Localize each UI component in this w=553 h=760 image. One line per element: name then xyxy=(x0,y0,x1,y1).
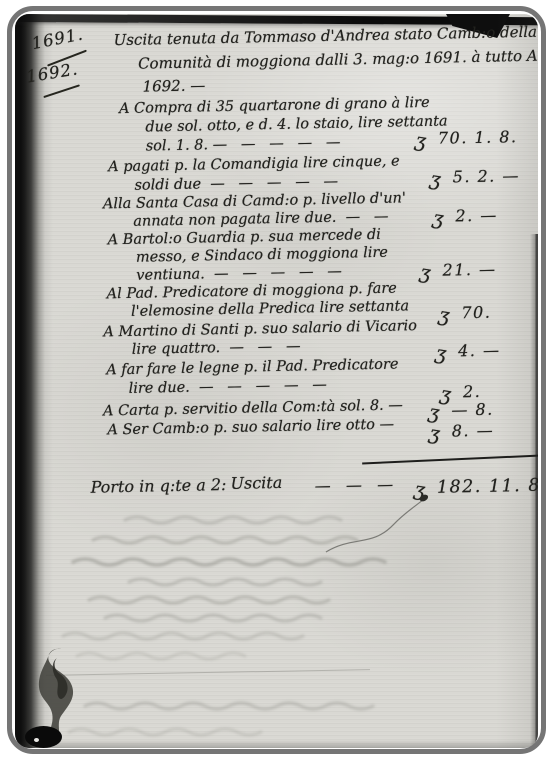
ink-blot-highlight xyxy=(34,738,39,742)
entry-line: A Carta p. servitio della Com:tà sol. 8.… xyxy=(103,398,403,419)
entry-line: A pagati p. la Comandigia lire cinque, e xyxy=(108,154,400,174)
brace-mark-icon: ʒ xyxy=(428,168,443,192)
entry-line: lire due. — — — — — xyxy=(128,378,327,396)
brace-mark-icon: ʒ xyxy=(414,129,429,153)
entry-line: A Martino di Santi p. suo salario di Vic… xyxy=(103,319,417,340)
title-line: Comunità di moggiona dalli 3. mag:o 1691… xyxy=(138,48,538,72)
entry-line: lire quattro. — — — xyxy=(132,339,301,357)
entry-amount: ʒ5. 2. — xyxy=(430,164,520,188)
ink-blot xyxy=(25,726,62,748)
entry-amount: ʒ— 8. xyxy=(429,398,494,421)
entry-line: A Ser Camb:o p. suo salario lire otto — xyxy=(107,418,394,438)
bleed-through-text-lower xyxy=(45,692,475,748)
entry-line: A far fare le legne p. il Pad. Predicato… xyxy=(106,358,399,378)
entry-line: sol. 1. 8. — — — — — xyxy=(146,136,341,154)
title-line: 1692. — xyxy=(142,78,205,94)
entry-amount: ʒ4. — xyxy=(436,338,501,361)
brace-mark-icon: ʒ xyxy=(427,422,442,446)
margin-year: 1692. xyxy=(25,61,79,86)
manuscript-page: 1691. 1692. Uscita tenuta da Tommaso d'A… xyxy=(15,14,538,748)
entry-line: ventiuna. — — — — — xyxy=(136,265,342,284)
brace-mark-icon: ʒ xyxy=(418,261,433,285)
entry-line: annata non pagata lire due. — — xyxy=(133,210,389,230)
year-flourish xyxy=(43,84,80,98)
entry-amount: ʒ2. — xyxy=(433,203,498,226)
margin-year: 1691. xyxy=(30,26,84,52)
entry-line: due sol. otto, e d. 4. lo staio, lire se… xyxy=(145,114,448,135)
entry-line: l'elemosine della Predica lire settanta xyxy=(131,299,409,319)
carry-forward-label: Porto in q:te a 2: xyxy=(90,477,226,496)
entry-line: A Compra di 35 quartarone di grano à lir… xyxy=(119,96,430,117)
entry-amount: ʒ21. — xyxy=(420,258,497,282)
entry-line: soldi due — — — — — xyxy=(134,175,338,194)
entry-amount: ʒ70. 1. 8. xyxy=(415,125,517,149)
entry-amount: ʒ70. xyxy=(439,301,492,324)
brace-mark-icon: ʒ xyxy=(434,342,449,366)
manuscript-scan-viewer: 1691. 1692. Uscita tenuta da Tommaso d'A… xyxy=(0,0,553,760)
title-line: Uscita tenuta da Tommaso d'Andrea stato … xyxy=(113,25,537,48)
entry-amount: ʒ8. — xyxy=(429,419,494,442)
brace-mark-icon: ʒ xyxy=(431,207,446,231)
total-rule xyxy=(362,454,538,464)
brace-mark-icon: ʒ xyxy=(437,304,452,328)
uscita-label: Uscita xyxy=(230,475,282,492)
bleed-through-text xyxy=(33,506,525,676)
entry-line: messo, e Sindaco di moggiona lire xyxy=(136,246,388,266)
